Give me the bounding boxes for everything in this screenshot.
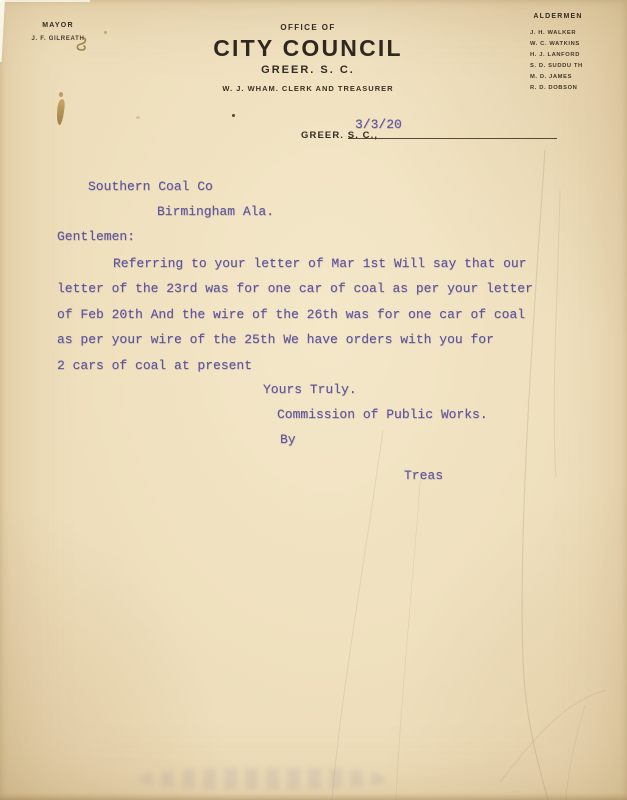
body-line: of Feb 20th And the wire of the 26th was… [57, 307, 525, 322]
body-line: 2 cars of coal at present [57, 358, 252, 373]
signature-org: Commission of Public Works. [277, 407, 488, 422]
paper-speck [136, 116, 140, 119]
aldermen-list-item: H. J. LANFORD [530, 50, 610, 61]
scanned-letter-page: MAYOR J. F. GILREATH OFFICE OF CITY COUN… [0, 0, 627, 800]
aldermen-list-item: M. D. JAMES [530, 72, 610, 83]
office-of-label: OFFICE OF [180, 23, 436, 32]
aldermen-list-item: S. D. SUDDU TH [530, 61, 610, 72]
paper-speck [232, 114, 235, 117]
paper-crease-lines [0, 0, 627, 800]
aldermen-list: J. H. WALKER W. C. WATKINS H. J. LANFORD… [506, 28, 610, 94]
org-title: CITY COUNCIL [180, 35, 436, 62]
by-label: By [280, 432, 296, 447]
body-line: Referring to your letter of Mar 1st Will… [113, 256, 526, 271]
scan-edge-sliver [0, 0, 5, 62]
mayor-label: MAYOR [14, 22, 102, 29]
scan-edge-top [0, 0, 90, 2]
aldermen-list-item: J. H. WALKER [530, 28, 610, 39]
drip-stain-dot [59, 92, 63, 97]
dateline-typed-date: 3/3/20 [355, 117, 402, 132]
drip-stain [55, 99, 65, 126]
recipient-name: Southern Coal Co [88, 179, 213, 194]
letter-paper: MAYOR J. F. GILREATH OFFICE OF CITY COUN… [0, 0, 627, 800]
aldermen-list-item: R. D. DOBSON [530, 83, 610, 94]
bottom-edge-shadow [0, 793, 627, 800]
aldermen-list-item: W. C. WATKINS [530, 39, 610, 50]
signer-title: Treas [404, 468, 443, 483]
ink-bleedthrough-smudge [140, 768, 385, 790]
org-city: GREER. S. C. [180, 64, 436, 76]
salutation: Gentlemen: [57, 229, 135, 244]
paper-speck [104, 31, 107, 34]
aldermen-label: ALDERMEN [506, 13, 610, 20]
clerk-treasurer-line: W. J. WHAM. CLERK AND TREASURER [180, 84, 436, 93]
body-line: letter of the 23rd was for one car of co… [57, 281, 533, 296]
ink-squiggle-stain [71, 35, 91, 55]
closing-line: Yours Truly. [263, 382, 357, 397]
dateline-rule [348, 138, 557, 139]
recipient-city: Birmingham Ala. [157, 204, 274, 219]
letterhead-center-block: OFFICE OF CITY COUNCIL GREER. S. C. W. J… [180, 23, 436, 93]
letterhead-aldermen-block: ALDERMEN J. H. WALKER W. C. WATKINS H. J… [506, 13, 610, 94]
body-line: as per your wire of the 25th We have ord… [57, 332, 494, 347]
